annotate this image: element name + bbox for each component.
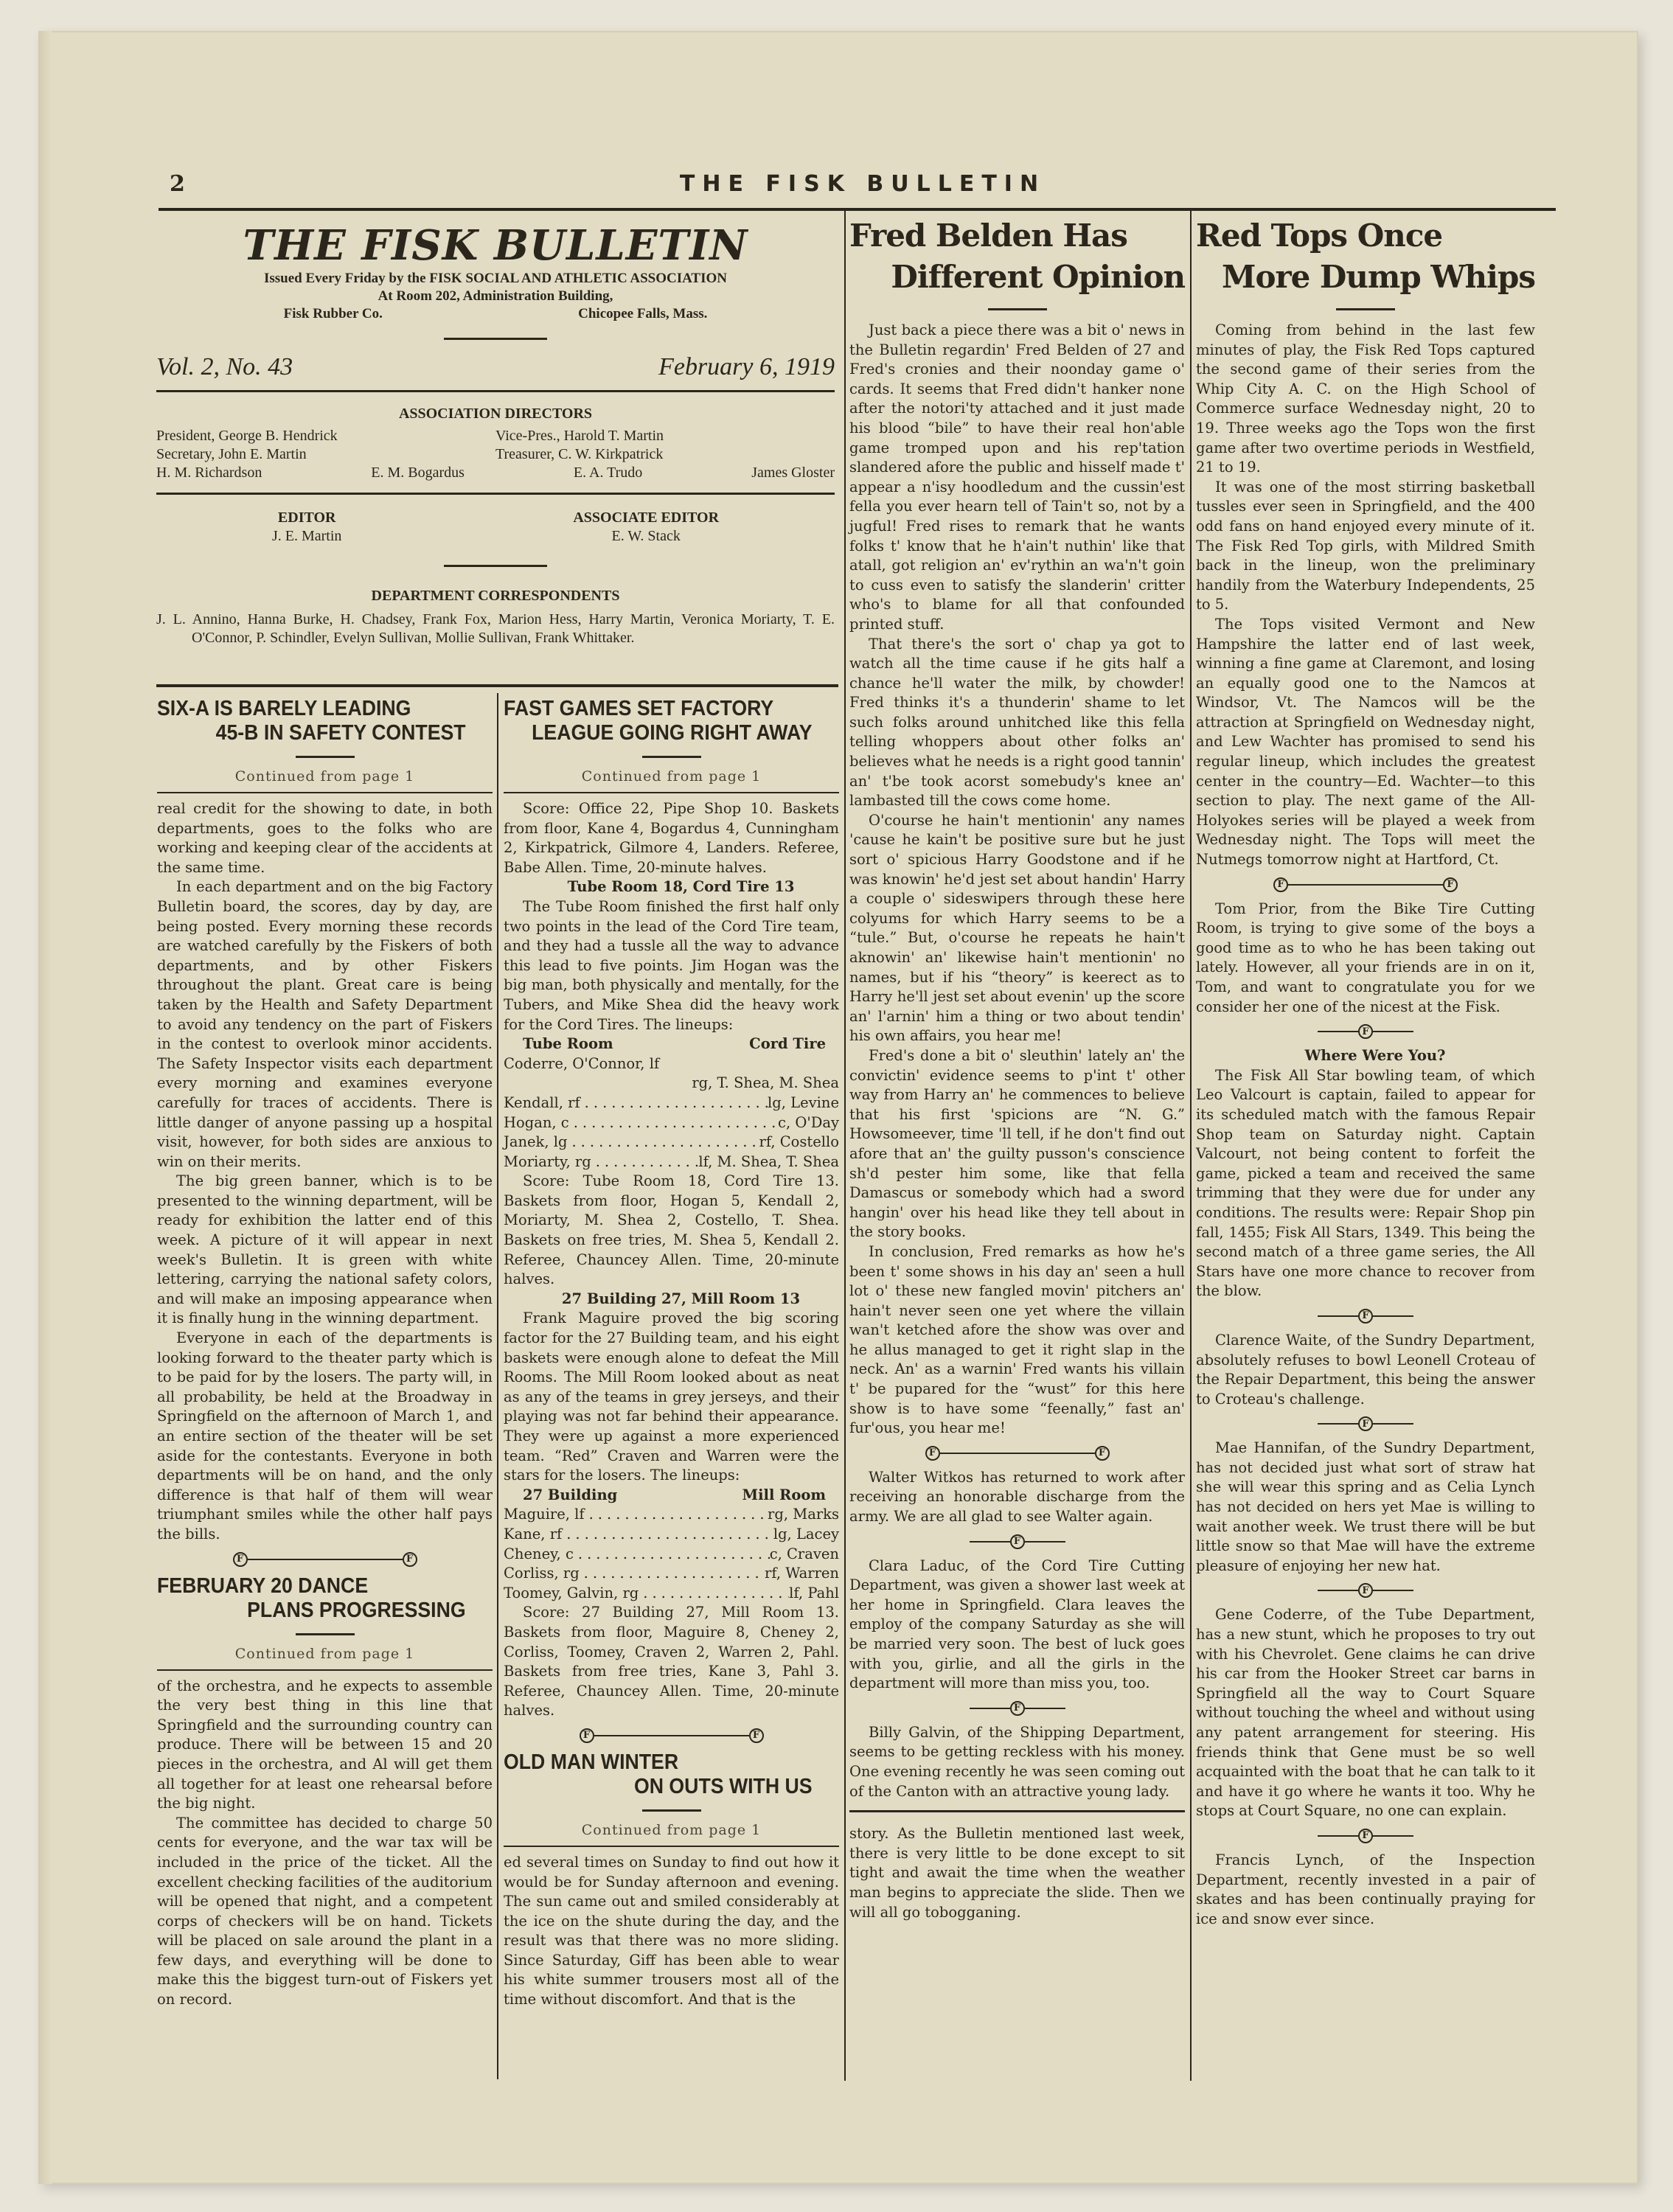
article-paragraph: It was one of the most stirring basketba… [1196, 478, 1535, 615]
article-paragraph: The big green banner, which is to be pre… [157, 1172, 493, 1329]
leader-dots: ........................................… [569, 1113, 778, 1133]
news-item-coderre: Gene Coderre, of the Tube Department, ha… [1196, 1605, 1535, 1821]
f-emblem-icon: F [749, 1728, 764, 1743]
directors-rule [156, 493, 835, 495]
news-item-lynch: Francis Lynch, of the Inspection Departm… [1196, 1851, 1535, 1929]
column-2: FAST GAMES SET FACTORY LEAGUE GOING RIGH… [504, 697, 839, 2010]
editor-label: EDITOR [272, 509, 341, 526]
lineup-row: Hogan, c................................… [504, 1113, 839, 1133]
headline-red-tops: Red Tops Once More Dump Whips [1196, 215, 1535, 298]
news-item-prior: Tom Prior, from the Bike Tire Cutting Ro… [1196, 900, 1535, 1018]
headline-rule [642, 756, 701, 758]
article-paragraph: In each department and on the big Factor… [157, 877, 493, 1172]
f-divider: F [1196, 1583, 1535, 1598]
director: Vice-Pres., Harold T. Martin [495, 427, 835, 445]
f-emblem-icon: F [1358, 1309, 1373, 1324]
article-paragraph: Fred's done a bit o' sleuthin' lately an… [849, 1046, 1185, 1242]
article-paragraph: ed several times on Sunday to find out h… [504, 1853, 839, 2010]
lineup-row: Toomey, Galvin, rg......................… [504, 1584, 839, 1604]
continued-note: Continued from page 1 [504, 768, 839, 785]
article-paragraph: real credit for the showing to date, in … [157, 799, 493, 877]
f-divider: F [849, 1534, 1185, 1549]
director: E. M. Bogardus [371, 464, 465, 482]
f-divider: F F [504, 1728, 839, 1743]
game-subhead: Tube Room 18, Cord Tire 13 [504, 877, 839, 897]
f-divider: F [1196, 1024, 1535, 1039]
running-title: THE FISK BULLETIN [170, 171, 1556, 197]
f-emblem-icon: F [1358, 1416, 1373, 1431]
f-divider: F [1196, 1416, 1535, 1431]
director: E. A. Trudo [574, 464, 642, 482]
f-emblem-icon: F [233, 1552, 248, 1567]
location: Chicopee Falls, Mass. [578, 305, 707, 323]
section-rule [849, 1810, 1185, 1812]
f-emblem-icon: F [1358, 1024, 1373, 1039]
headline-belden: Fred Belden Has Different Opinion [849, 215, 1185, 298]
article-paragraph: In conclusion, Fred remarks as how he's … [849, 1242, 1185, 1439]
game-subhead: 27 Building 27, Mill Room 13 [504, 1290, 839, 1310]
leader-dots: ........................................… [562, 1525, 773, 1545]
correspondents-heading: DEPARTMENT CORRESPONDENTS [156, 588, 835, 605]
director: H. M. Richardson [156, 464, 262, 482]
lineup-row: Kendall, rf.............................… [504, 1093, 839, 1113]
headline-rule [988, 308, 1047, 310]
headline-factory-league: FAST GAMES SET FACTORY LEAGUE GOING RIGH… [504, 697, 813, 745]
headline-rule [296, 1633, 355, 1635]
f-emblem-icon: F [580, 1728, 594, 1743]
lineup-row: Janek, lg...............................… [504, 1133, 839, 1152]
masthead-bottom-rule [156, 684, 838, 687]
editors-rule [444, 565, 547, 567]
associate-editor-label: ASSOCIATE EDITOR [573, 509, 719, 526]
lineup-header: 27 Building Mill Room [504, 1486, 839, 1506]
lineup-row: Corliss, rg.............................… [504, 1564, 839, 1584]
column-4: Red Tops Once More Dump Whips Coming fro… [1196, 215, 1535, 1929]
leader-dots: ........................................… [567, 1133, 759, 1152]
article-paragraph: The Tube Room finished the first half on… [504, 897, 839, 1034]
article-paragraph: Just back a piece there was a bit o' new… [849, 321, 1185, 635]
column-1: SIX-A IS BARELY LEADING 45-B IN SAFETY C… [157, 697, 493, 2010]
article-paragraph: Score: Tube Room 18, Cord Tire 13. Baske… [504, 1172, 839, 1290]
masthead-rule [444, 338, 547, 340]
leader-dots: ........................................… [580, 1564, 765, 1584]
article-paragraph: Frank Maguire proved the big scoring fac… [504, 1309, 839, 1485]
headline-rule [642, 1809, 701, 1812]
directors-heading: ASSOCIATION DIRECTORS [156, 406, 835, 422]
issued-line: Issued Every Friday by the FISK SOCIAL A… [156, 270, 835, 288]
article-paragraph: The Tops visited Vermont and New Hampshi… [1196, 615, 1535, 870]
lineup-row: Moriarty, rg............................… [504, 1152, 839, 1172]
lineup-first-left: Coderre, O'Connor, lf [504, 1054, 839, 1074]
article-paragraph: Everyone in each of the departments is l… [157, 1329, 493, 1545]
header-rule [159, 208, 1556, 211]
column-3: Fred Belden Has Different Opinion Just b… [849, 215, 1185, 1922]
f-emblem-icon: F [1010, 1534, 1025, 1549]
lineup-left: Corliss, rg [504, 1564, 580, 1584]
news-item-galvin: Billy Galvin, of the Shipping Department… [849, 1723, 1185, 1801]
editor-block: EDITORJ. E. Martin [272, 509, 341, 546]
lineup-left: Toomey, Galvin, rg [504, 1584, 639, 1604]
headline-safety: SIX-A IS BARELY LEADING 45-B IN SAFETY C… [157, 697, 466, 745]
lineup-right: lf, M. Shea, T. Shea [698, 1152, 839, 1172]
lineup-right: lg, Levine [768, 1093, 839, 1113]
masthead: THE FISK BULLETIN Issued Every Friday by… [156, 221, 835, 647]
lineup-table: Maguire, lf.............................… [504, 1505, 839, 1603]
article-paragraph: story. As the Bulletin mentioned last we… [849, 1824, 1185, 1922]
f-emblem-icon: F [1095, 1446, 1110, 1461]
f-emblem-icon: F [925, 1446, 940, 1461]
lineup-left: Kane, rf [504, 1525, 562, 1545]
f-divider: F F [849, 1446, 1185, 1461]
issue-date: February 6, 1919 [658, 353, 835, 381]
lineup-row: Cheney, c...............................… [504, 1545, 839, 1565]
lineup-left: Kendall, rf [504, 1093, 580, 1113]
continued-rule [504, 792, 839, 793]
continued-note: Continued from page 1 [157, 1646, 493, 1662]
f-emblem-icon: F [1443, 877, 1458, 892]
f-divider: F [1196, 1309, 1535, 1324]
headline-rule [1336, 308, 1395, 310]
f-divider: F F [157, 1552, 493, 1567]
leader-dots: ........................................… [574, 1545, 770, 1565]
masthead-title: THE FISK BULLETIN [156, 221, 835, 270]
f-emblem-icon: F [1358, 1829, 1373, 1843]
f-divider: F [849, 1701, 1185, 1716]
continued-note: Continued from page 1 [504, 1822, 839, 1838]
lineup-right: lf, Pahl [789, 1584, 839, 1604]
f-emblem-icon: F [1010, 1701, 1025, 1716]
company-name: Fisk Rubber Co. [284, 305, 383, 323]
lineup-right: rf, Warren [765, 1564, 839, 1584]
associate-editor-name: E. W. Stack [612, 528, 681, 544]
lineup-row: Maguire, lf.............................… [504, 1505, 839, 1525]
lineup-left: Moriarty, rg [504, 1152, 591, 1172]
lineup-right: lg, Lacey [773, 1525, 839, 1545]
article-paragraph: The committee has decided to charge 50 c… [157, 1814, 493, 2010]
article-paragraph: Coming from behind in the last few minut… [1196, 321, 1535, 478]
headline-winter: OLD MAN WINTER ON OUTS WITH US [504, 1750, 813, 1799]
news-item-laduc: Clara Laduc, of the Cord Tire Cutting De… [849, 1557, 1185, 1694]
article-paragraph: Score: Office 22, Pipe Shop 10. Baskets … [504, 799, 839, 877]
lineup-left: Maguire, lf [504, 1505, 585, 1525]
lineup-left: Janek, lg [504, 1133, 567, 1152]
bowling-subhead: Where Were You? [1196, 1046, 1535, 1066]
lineup-right: c, Craven [770, 1545, 839, 1565]
continued-rule [504, 1846, 839, 1847]
associate-editor-block: ASSOCIATE EDITORE. W. Stack [573, 509, 719, 546]
continued-rule [157, 1669, 493, 1671]
running-head: 2 THE FISK BULLETIN [170, 171, 1556, 201]
leader-dots: ........................................… [585, 1505, 768, 1525]
f-divider: F F [1196, 877, 1535, 892]
correspondents-list: J. L. Annino, Hanna Burke, H. Chadsey, F… [156, 611, 835, 647]
f-emblem-icon: F [403, 1552, 417, 1567]
lineup-row: Kane, rf................................… [504, 1525, 839, 1545]
f-divider: F [1196, 1829, 1535, 1843]
lineup-header: Tube Room Cord Tire [504, 1034, 839, 1054]
news-item-hannifan: Mae Hannifan, of the Sundry Department, … [1196, 1439, 1535, 1576]
lineup-left: Hogan, c [504, 1113, 569, 1133]
article-paragraph: Score: 27 Building 27, Mill Room 13. Bas… [504, 1603, 839, 1721]
leader-dots: ........................................… [639, 1584, 789, 1604]
news-item-witkos: Walter Witkos has returned to work after… [849, 1468, 1185, 1527]
director: Secretary, John E. Martin [156, 445, 495, 464]
director: President, George B. Hendrick [156, 427, 495, 445]
lineup-table: Kendall, rf.............................… [504, 1093, 839, 1172]
news-item-bowling: The Fisk All Star bowling team, of which… [1196, 1066, 1535, 1301]
lineup-right: rg, Marks [768, 1505, 839, 1525]
lineup-right: rf, Costello [759, 1133, 840, 1152]
director: Treasurer, C. W. Kirkpatrick [495, 445, 835, 464]
page-edge [38, 31, 52, 2184]
article-paragraph: That there's the sort o' chap ya got to … [849, 635, 1185, 811]
f-emblem-icon: F [1358, 1583, 1373, 1598]
column-divider [1190, 208, 1192, 2081]
address-line: At Room 202, Administration Building, [156, 288, 835, 305]
lineup-first-right: rg, T. Shea, M. Shea [504, 1074, 839, 1093]
news-item-waite: Clarence Waite, of the Sundry Department… [1196, 1331, 1535, 1409]
lineup-left: Cheney, c [504, 1545, 574, 1565]
article-paragraph: O'course he hain't mentionin' any names … [849, 811, 1185, 1046]
editor-name: J. E. Martin [272, 528, 341, 544]
continued-note: Continued from page 1 [157, 768, 493, 785]
column-divider [844, 208, 846, 2081]
headline-dance: FEBRUARY 20 DANCE PLANS PROGRESSING [157, 1574, 466, 1623]
article-paragraph: of the orchestra, and he expects to asse… [157, 1677, 493, 1814]
continued-rule [157, 792, 493, 793]
leader-dots: ........................................… [591, 1152, 699, 1172]
director: James Gloster [751, 464, 835, 482]
lineup-right: c, O'Day [778, 1113, 839, 1133]
vol-rule [156, 390, 835, 392]
volume-number: Vol. 2, No. 43 [156, 353, 293, 381]
f-emblem-icon: F [1273, 877, 1288, 892]
headline-rule [296, 756, 355, 758]
column-divider [497, 693, 498, 2079]
leader-dots: ........................................… [580, 1093, 768, 1113]
